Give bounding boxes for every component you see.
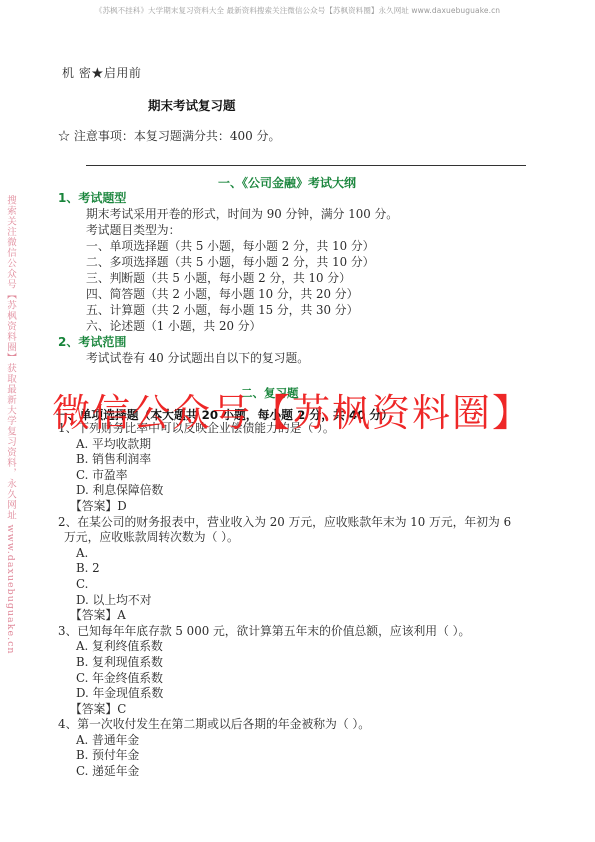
question-stem-cont: 万元，应收账款周转次数为（ ）。 [58, 530, 578, 546]
question-stem: 4、第一次收付发生在第二期或以后各期的年金被称为（ ）。 [58, 717, 578, 733]
answer: 【答案】D [58, 499, 578, 515]
option: C. 递延年金 [58, 764, 578, 780]
option: A. 复利终值系数 [58, 639, 578, 655]
sub1-lines: 期末考试采用开卷的形式，时间为 90 分钟，满分 100 分。 考试题目类型为：… [58, 206, 398, 334]
body-line: 三、判断题（共 5 小题，每小题 2 分，共 10 分） [86, 270, 398, 286]
horizontal-divider [86, 165, 526, 166]
body-line: 二、多项选择题（共 5 小题，每小题 2 分，共 10 分） [86, 254, 398, 270]
sub2-lines: 考试试卷有 40 分试题出自以下的复习题。 [58, 350, 398, 366]
sub2-title: 2、考试范围 [58, 334, 398, 350]
answer: 【答案】C [58, 702, 578, 718]
question-3: 3、已知每年年底存款 5 000 元，欲计算第五年末的价值总额，应该利用（ ）。… [58, 624, 578, 718]
question-2: 2、在某公司的财务报表中，营业收入为 20 万元，应收账款年末为 10 万元，年… [58, 515, 578, 624]
option: A. 普通年金 [58, 733, 578, 749]
body-line: 考试试卷有 40 分试题出自以下的复习题。 [86, 350, 398, 366]
question-stem: 2、在某公司的财务报表中，营业收入为 20 万元，应收账款年末为 10 万元，年… [58, 515, 578, 531]
classification-label: 机 密★启用前 [62, 64, 141, 81]
question-4: 4、第一次收付发生在第二期或以后各期的年金被称为（ ）。 A. 普通年金 B. … [58, 717, 578, 779]
option: D. 年金现值系数 [58, 686, 578, 702]
document-title: 期末考试复习题 [148, 96, 236, 114]
body-line: 五、计算题（共 2 小题，每小题 15 分，共 30 分） [86, 302, 398, 318]
answer: 【答案】A [58, 608, 578, 624]
option: D. 以上均不对 [58, 593, 578, 609]
body-line: 期末考试采用开卷的形式，时间为 90 分钟，满分 100 分。 [86, 206, 398, 222]
question-1: 1、下列财务比率中可以反映企业偿债能力的是（ ）。 A. 平均收款期 B. 销售… [58, 421, 578, 515]
option: B. 销售利润率 [58, 452, 578, 468]
option: B. 预付年金 [58, 748, 578, 764]
note-line: ☆ 注意事项：本复习题满分共：400 分。 [58, 127, 281, 144]
section1-sub1: 1、考试题型 期末考试采用开卷的形式，时间为 90 分钟，满分 100 分。 考… [58, 190, 398, 366]
option: B. 复利现值系数 [58, 655, 578, 671]
body-line: 考试题目类型为： [86, 222, 398, 238]
question-list: 1、下列财务比率中可以反映企业偿债能力的是（ ）。 A. 平均收款期 B. 销售… [58, 421, 578, 780]
header-banner: 《苏枫不挂科》大学期末复习资料大全 最新资料搜索关注微信公众号【苏枫资料圈】永久… [0, 5, 595, 16]
option: A. [58, 546, 578, 562]
option: D. 利息保障倍数 [58, 483, 578, 499]
center-watermark: 微信公众号【苏枫资料圈】 [52, 391, 532, 435]
option: B. 2 [58, 561, 578, 577]
body-line: 四、简答题（共 2 小题，每小题 10 分，共 20 分） [86, 286, 398, 302]
side-watermark: 搜索关注微信公众号【苏枫资料圈】获取最新大学复习资料，永久网址 www.daxu… [3, 195, 17, 655]
question-stem: 3、已知每年年底存款 5 000 元，欲计算第五年末的价值总额，应该利用（ ）。 [58, 624, 578, 640]
section1-title: 一、《公司金融》考试大纲 [218, 174, 356, 191]
sub1-title: 1、考试题型 [58, 190, 398, 206]
option: C. [58, 577, 578, 593]
body-line: 一、单项选择题（共 5 小题，每小题 2 分，共 10 分） [86, 238, 398, 254]
option: C. 年金终值系数 [58, 671, 578, 687]
option: C. 市盈率 [58, 468, 578, 484]
option: A. 平均收款期 [58, 437, 578, 453]
body-line: 六、论述题（1 小题，共 20 分） [86, 318, 398, 334]
